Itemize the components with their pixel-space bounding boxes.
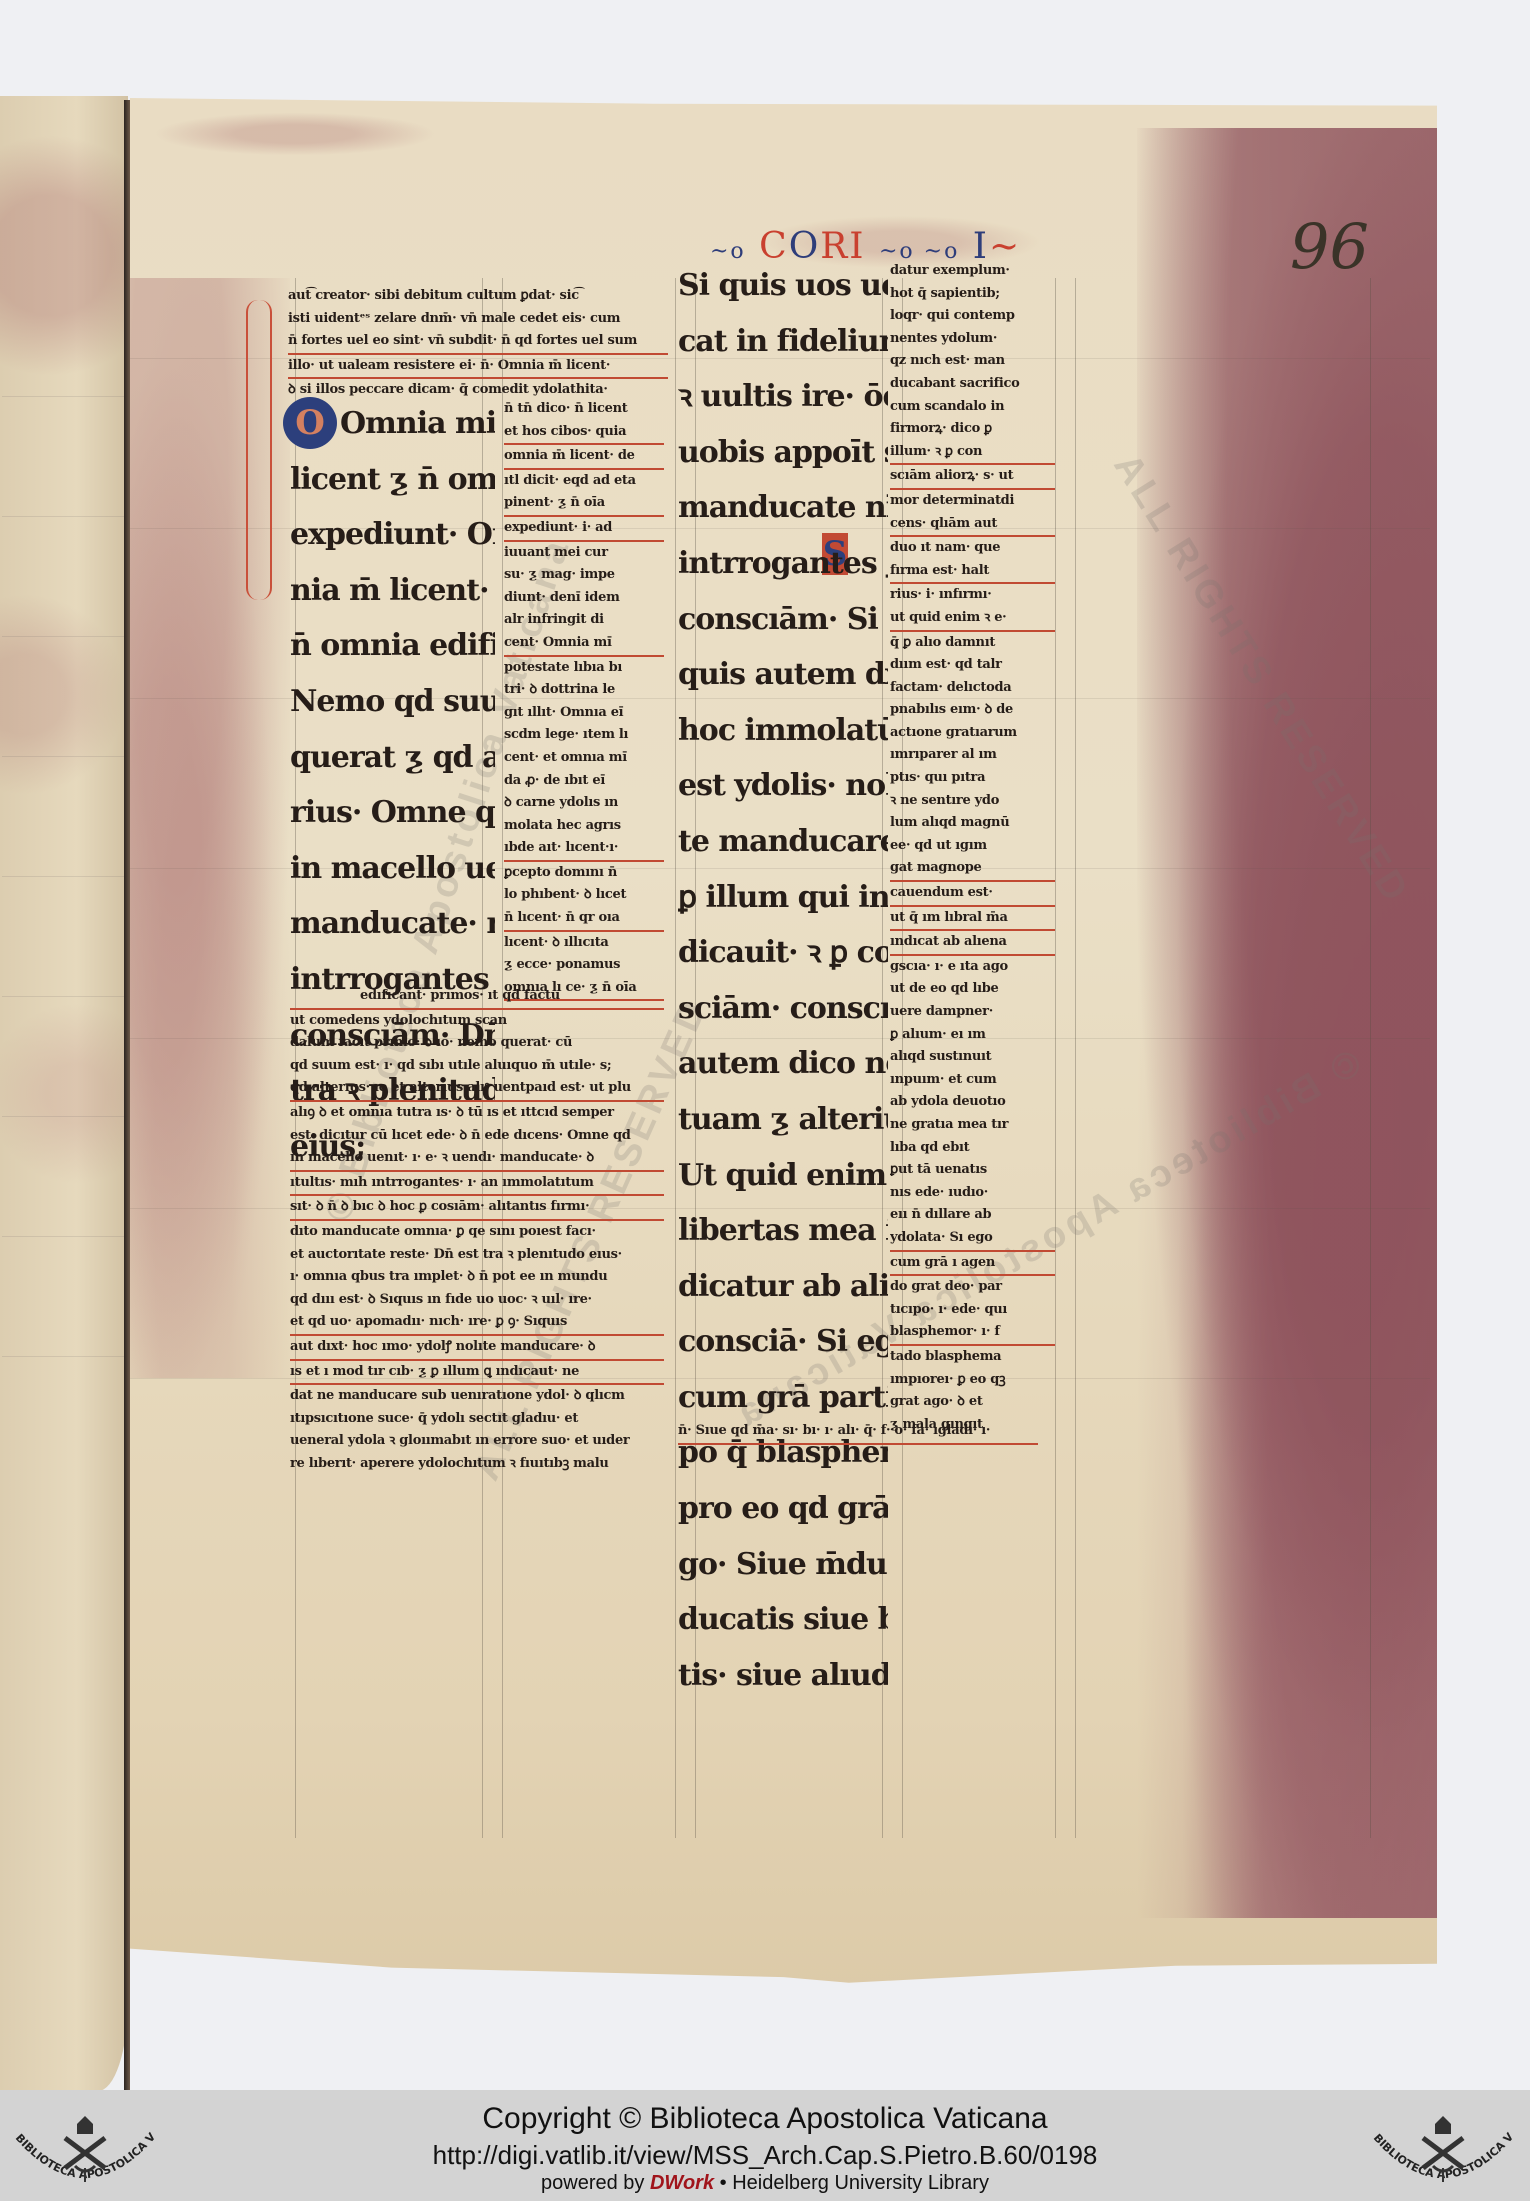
water-stain bbox=[1137, 128, 1437, 1918]
papal-keys-icon: BIBLIOTECA APOSTOLICA VATICANA bbox=[5, 2108, 165, 2198]
powered-by: powered by DWork • Heidelberg University… bbox=[0, 2172, 1530, 2195]
manuscript-scan: ~o CORI ~o ~o I~ 96 © Biblioteca Apostol… bbox=[0, 0, 1530, 2090]
vatican-library-seal-left: BIBLIOTECA APOSTOLICA VATICANA bbox=[5, 2108, 165, 2198]
folio-number: 96 bbox=[1290, 210, 1369, 283]
gloss-bottom-block: edıfıcant· prımos· ıt qd factu ut comede… bbox=[290, 985, 664, 1475]
dwork-brand: DWork bbox=[650, 2172, 714, 2194]
pencil-mark: Lxxv bbox=[810, 2028, 881, 2063]
gloss-top-block: aut͡ creator· sibi debitum cultum ꝑdat· … bbox=[288, 285, 668, 402]
book-gutter bbox=[124, 100, 130, 2090]
papal-keys-icon: BIBLIOTECA APOSTOLICA VATICANA bbox=[1363, 2108, 1523, 2198]
gloss-closing-line: n̄· Sıue qd m̄a· sı· bı· ı· alı· q̄· f· … bbox=[678, 1420, 1038, 1445]
gloss-column-1: n̄ tn̄ dico· n̄ licent et hos cibos· qui… bbox=[504, 398, 664, 1001]
initial-flourish bbox=[246, 300, 272, 600]
copyright-footer: Copyright © Biblioteca Apostolica Vatica… bbox=[0, 2090, 1530, 2201]
left-page-edge bbox=[0, 96, 128, 2090]
main-text-column-2: Si quis uos uo cat in fidelium ꝛ uultis … bbox=[678, 258, 888, 1703]
copyright-text: Copyright © Biblioteca Apostolica Vatica… bbox=[0, 2102, 1530, 2136]
permalink-url[interactable]: http://digi.vatlib.it/view/MSS_Arch.Cap.… bbox=[0, 2140, 1530, 2171]
vatican-library-seal-right: BIBLIOTECA APOSTOLICA VATICANA bbox=[1363, 2108, 1523, 2198]
gloss-column-2: datur exemplum· hot q̄ sapientib; loqr· … bbox=[890, 260, 1055, 1436]
